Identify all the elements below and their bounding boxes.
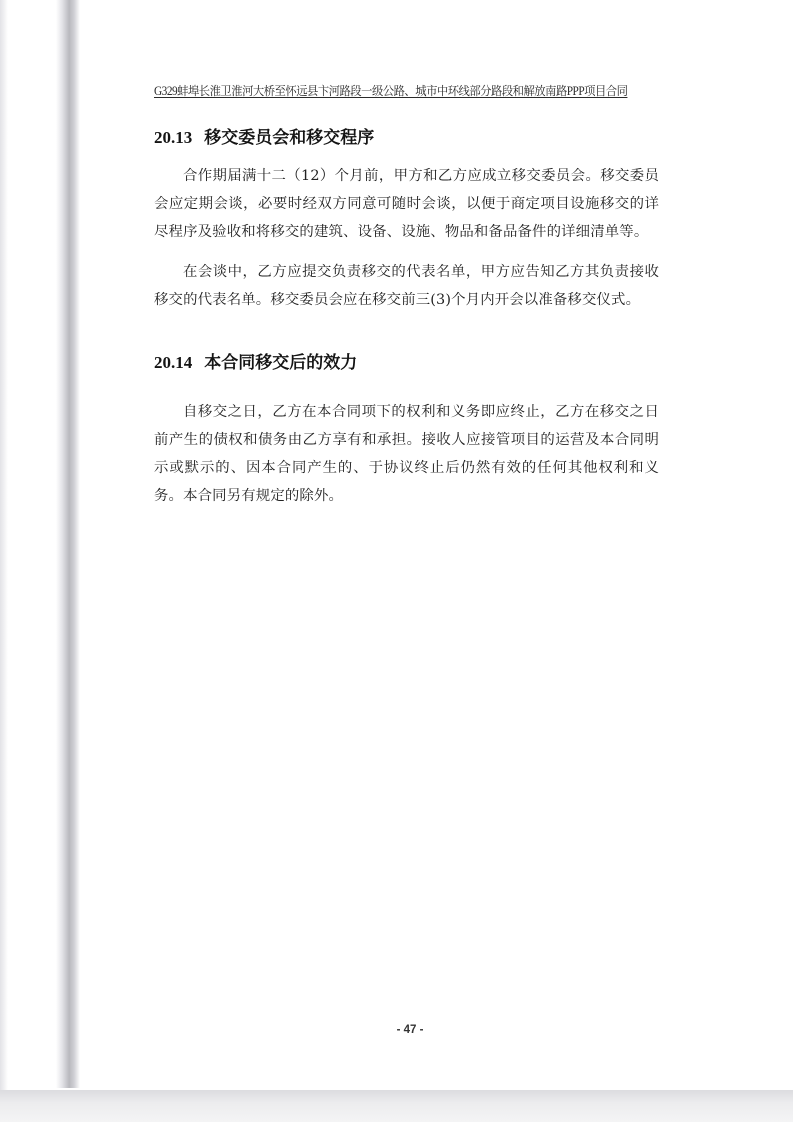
section-title: 移交委员会和移交程序 <box>204 128 374 148</box>
binding-shadow <box>56 0 80 1088</box>
section-number: 20.13 <box>154 128 192 147</box>
paragraph: 自移交之日，乙方在本合同项下的权利和义务即应终止，乙方在移交之日前产生的债权和债… <box>154 398 659 510</box>
section-heading-20-14: 20.14本合同移交后的效力 <box>154 352 357 374</box>
section-heading-20-13: 20.13移交委员会和移交程序 <box>154 127 374 149</box>
page-left-edge <box>0 0 8 1090</box>
scan-bottom-band <box>0 1090 793 1122</box>
paragraph: 在会谈中，乙方应提交负责移交的代表名单，甲方应告知乙方其负责接收移交的代表名单。… <box>154 258 659 314</box>
section-title: 本合同移交后的效力 <box>204 353 357 373</box>
document-page: G329蚌埠长淮卫淮河大桥至怀远县卞河路段一级公路、城市中环线部分路段和解放南路… <box>0 0 793 1122</box>
paragraph: 合作期届满十二（12）个月前，甲方和乙方应成立移交委员会。移交委员会应定期会谈，… <box>154 162 659 246</box>
section-number: 20.14 <box>154 353 192 372</box>
page-number: - 47 - <box>380 1024 440 1036</box>
running-header: G329蚌埠长淮卫淮河大桥至怀远县卞河路段一级公路、城市中环线部分路段和解放南路… <box>154 83 625 99</box>
